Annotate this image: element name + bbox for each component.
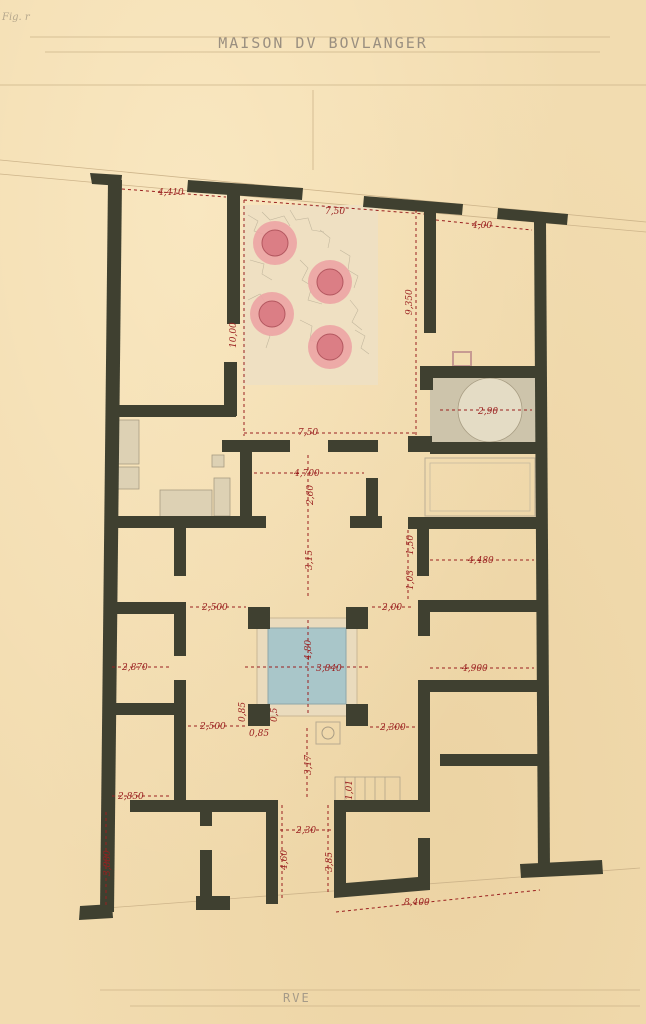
dim-facade: 8,400 [404, 898, 430, 908]
dim-pillar-a: 0,85 [238, 702, 248, 722]
dim-passage-height: 2,60 [306, 485, 316, 506]
dim-passage-width: 4,700 [293, 469, 320, 479]
basin-inner [430, 463, 530, 511]
dim-top-left-room: 4,410 [157, 188, 184, 198]
dim-right-room-2: 4,900 [461, 664, 488, 674]
dim-atrium-right-upper: 2,00 [381, 603, 402, 613]
basin [425, 458, 535, 516]
millstone-icon [253, 221, 297, 265]
dim-mill-top: 7,50 [325, 207, 345, 217]
dim-pillar-b: 0,85 [249, 729, 269, 739]
dim-left-lower-room: 2,850 [117, 792, 144, 802]
millstone-icon [308, 325, 352, 369]
dim-right-room-1: 4,480 [467, 556, 494, 566]
dim-impluvium-depth: 4,80 [304, 640, 314, 661]
dim-pillar-c: 0,5 [270, 707, 280, 722]
dim-top-right-room: 4,00 [471, 221, 492, 231]
dim-mill-left: 10,00 [229, 322, 239, 348]
dim-stair: 1,01 [345, 780, 355, 800]
dim-atrium-left-upper: 2,500 [201, 603, 228, 613]
floor-plan: 4,410 7,50 4,00 10,00 9,350 7,50 2,90 4,… [0, 0, 646, 1024]
cistern-mouth-icon [322, 727, 334, 739]
dim-left-room: 2,870 [121, 663, 148, 673]
dim-entrance-right: 3,85 [325, 852, 335, 872]
dim-atrium-right-lower: 2,300 [379, 723, 406, 733]
dim-atrium-left-lower: 2,500 [199, 722, 226, 732]
dim-corridor-upper: 1,50 [406, 535, 416, 555]
dim-entrance-width: 2,30 [295, 826, 316, 836]
millstone-icon [308, 260, 352, 304]
dim-impluvium-width: 3,840 [316, 664, 342, 674]
dim-corridor-mid: 1,03 [406, 570, 416, 590]
well-head [316, 722, 340, 744]
dim-mill-right: 9,350 [405, 289, 415, 315]
millstone-icon [250, 292, 294, 336]
kitchen-fixtures [115, 420, 230, 518]
dim-entrance-left: 4,60 [280, 850, 290, 871]
dim-mill-bottom: 7,50 [298, 428, 318, 438]
dim-left-lower-height: 3,880 [103, 850, 113, 876]
dim-oven: 2,90 [477, 407, 498, 417]
dim-atrium-upper: 3,15 [305, 550, 315, 570]
dim-atrium-lower: 3,17 [304, 755, 314, 775]
